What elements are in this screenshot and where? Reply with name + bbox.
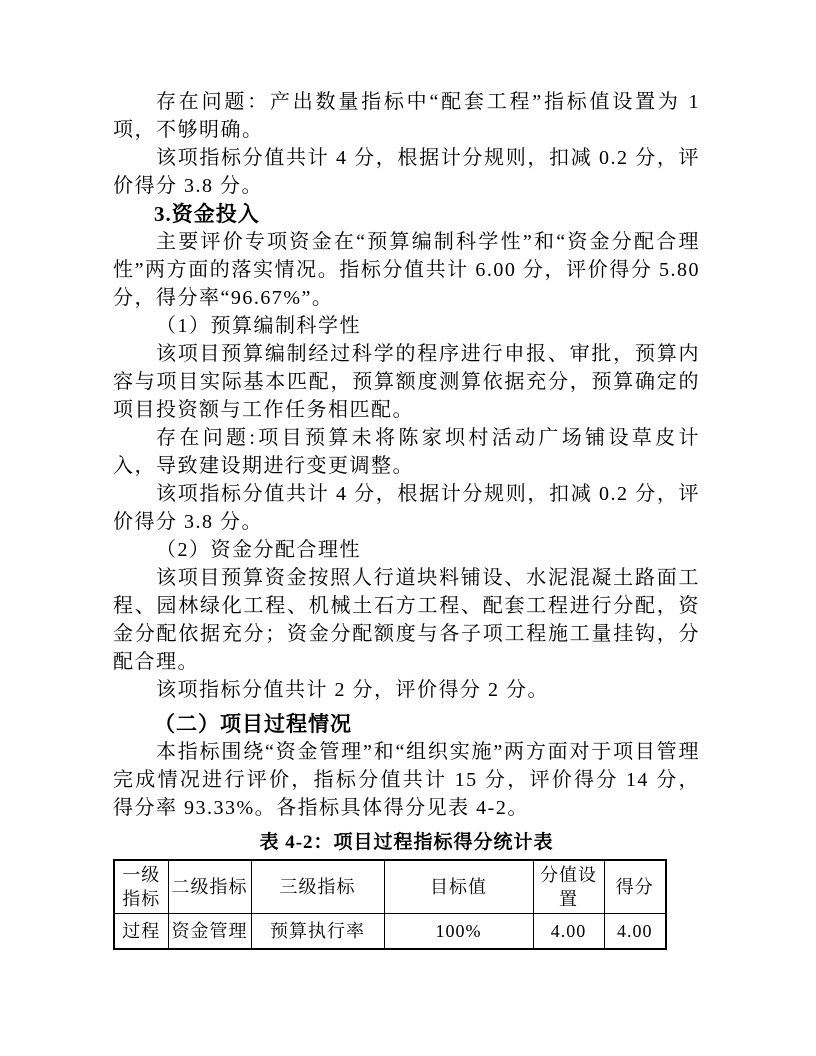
document-page: 存在问题：产出数量指标中“配套工程”指标值设置为 1 项，不够明确。 该项指标分… (0, 0, 816, 1056)
para-subtitle-budget-compilation: （1）预算编制科学性 (113, 312, 700, 340)
process-score-table: 一级指标 二级指标 三级指标 目标值 分值设置 得分 过程 资金管理 预算执行率… (113, 859, 667, 950)
col-header-score: 得分 (604, 860, 666, 914)
para-budget-compilation-detail: 该项目预算编制经过科学的程序进行申报、审批，预算内容与项目实际基本匹配，预算额度… (113, 340, 700, 424)
document-content: 存在问题：产出数量指标中“配套工程”指标值设置为 1 项，不够明确。 该项指标分… (113, 88, 700, 950)
col-header-level1-indicator: 一级指标 (114, 860, 168, 914)
para-budget-issue: 存在问题:项目预算未将陈家坝村活动广场铺设草皮计入，导致建设期进行变更调整。 (113, 424, 700, 480)
para-subtitle-fund-allocation: （2）资金分配合理性 (113, 536, 700, 564)
cell-target-value: 100% (384, 914, 533, 949)
heading-capital-investment: 3.资金投入 (113, 200, 700, 228)
cell-level2-indicator: 资金管理 (168, 914, 251, 949)
cell-score: 4.00 (604, 914, 666, 949)
para-score-deduction-2: 该项指标分值共计 4 分，根据计分规则，扣减 0.2 分，评价得分 3.8 分。 (113, 480, 700, 536)
para-project-process-summary: 本指标围绕“资金管理”和“组织实施”两方面对于项目管理完成情况进行评价，指标分值… (113, 738, 700, 822)
cell-level3-indicator: 预算执行率 (251, 914, 384, 949)
cell-level1-indicator: 过程 (114, 914, 168, 949)
col-header-score-setting: 分值设置 (533, 860, 604, 914)
table-header-row: 一级指标 二级指标 三级指标 目标值 分值设置 得分 (114, 860, 666, 914)
col-header-target-value: 目标值 (384, 860, 533, 914)
para-score-deduction-1: 该项指标分值共计 4 分，根据计分规则，扣减 0.2 分，评价得分 3.8 分。 (113, 144, 700, 200)
heading-project-process: （二）项目过程情况 (113, 710, 700, 738)
table-caption: 表 4-2：项目过程指标得分统计表 (113, 830, 700, 856)
cell-score-setting: 4.00 (533, 914, 604, 949)
col-header-level2-indicator: 二级指标 (168, 860, 251, 914)
para-capital-investment-summary: 主要评价专项资金在“预算编制科学性”和“资金分配合理性”两方面的落实情况。指标分… (113, 228, 700, 312)
para-output-indicator-issue: 存在问题：产出数量指标中“配套工程”指标值设置为 1 项，不够明确。 (113, 88, 700, 144)
para-fund-allocation-score: 该项指标分值共计 2 分，评价得分 2 分。 (113, 676, 700, 704)
table-row: 过程 资金管理 预算执行率 100% 4.00 4.00 (114, 914, 666, 949)
para-fund-allocation-detail: 该项目预算资金按照人行道块料铺设、水泥混凝土路面工程、园林绿化工程、机械土石方工… (113, 564, 700, 676)
col-header-level3-indicator: 三级指标 (251, 860, 384, 914)
